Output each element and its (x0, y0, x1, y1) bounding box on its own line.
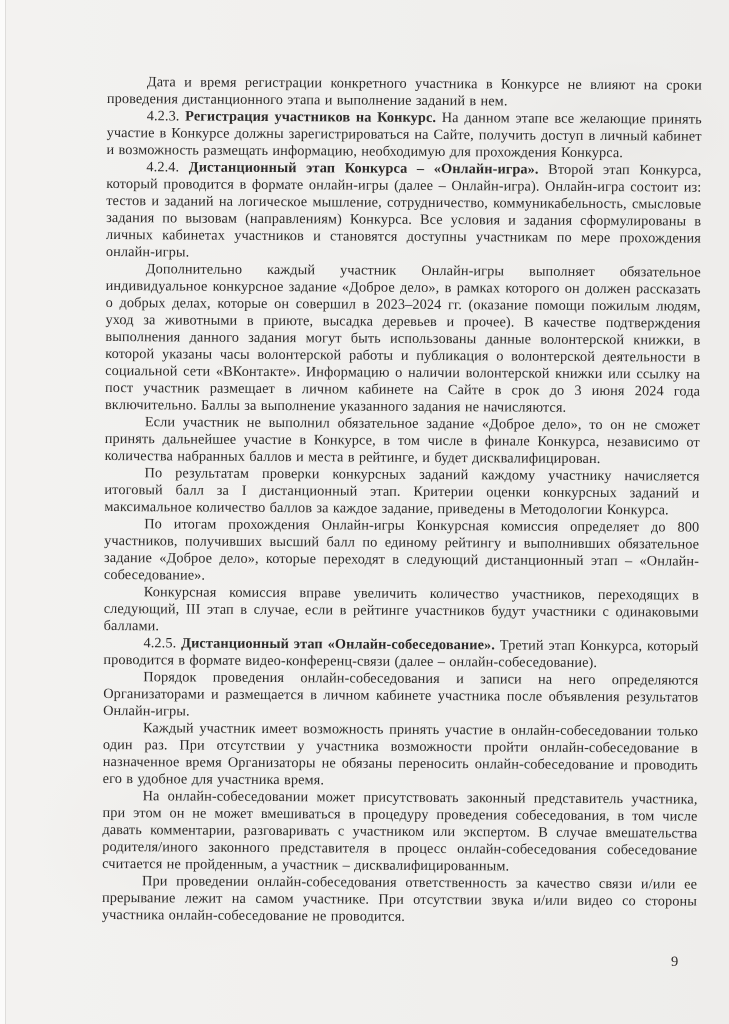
text-run: 4.2.3. (147, 108, 186, 124)
heading-run: Регистрация участников на Конкурс. (185, 108, 436, 126)
paragraph: Если участник не выполнил обязательное з… (105, 414, 700, 469)
heading-run: Дистанционный этап Конкурса – «Онлайн-иг… (189, 160, 539, 178)
heading-run: Дистанционный этап «Онлайн-собеседование… (181, 635, 495, 653)
paragraph: Каждый участник имеет возможность принят… (103, 720, 698, 792)
document-text: Дата и время регистрации конкретного уча… (102, 74, 702, 928)
text-run: 4.2.4. (146, 159, 188, 175)
text-run: Дата и время регистрации конкретного уча… (107, 74, 702, 109)
paragraph: При проведении онлайн-собеседования отве… (102, 873, 697, 928)
paragraph: По результатам проверки конкурсных задан… (104, 465, 699, 520)
paragraph: Порядок проведения онлайн-собеседования … (103, 669, 698, 724)
paragraph: 4.2.4. Дистанционный этап Конкурса – «Он… (106, 159, 702, 265)
paragraph: На онлайн-собеседовании может присутство… (102, 788, 698, 877)
text-run: По результатам проверки конкурсных задан… (104, 465, 699, 518)
text-run: По итогам прохождения Онлайн-игры Конкур… (104, 516, 699, 583)
paragraph: 4.2.3. Регистрация участников на Конкурс… (106, 108, 701, 163)
text-run: При проведении онлайн-собеседования отве… (102, 873, 697, 925)
page-number: 9 (671, 954, 678, 971)
text-run: Если участник не выполнил обязательное з… (105, 414, 700, 467)
text-run: На онлайн-собеседовании может присутство… (102, 788, 698, 874)
paragraph: По итогам прохождения Онлайн-игры Конкур… (104, 516, 699, 588)
paragraph: Дата и время регистрации конкретного уча… (107, 74, 702, 112)
text-run: Конкурсная комиссия вправе увеличить кол… (104, 584, 699, 634)
text-run: 4.2.5. (143, 635, 181, 651)
paragraph: 4.2.5. Дистанционный этап «Онлайн-собесе… (103, 635, 698, 673)
text-run: Дополнительно каждый участник Онлайн-игр… (105, 261, 701, 416)
paragraph: Конкурсная комиссия вправе увеличить кол… (104, 584, 699, 639)
scan-edge (0, 0, 6, 1024)
text-run: Порядок проведения онлайн-собеседования … (103, 669, 698, 719)
paragraph: Дополнительно каждый участник Онлайн-игр… (105, 261, 701, 418)
document-page: Дата и время регистрации конкретного уча… (0, 0, 729, 1024)
text-run: Каждый участник имеет возможность принят… (103, 720, 698, 788)
